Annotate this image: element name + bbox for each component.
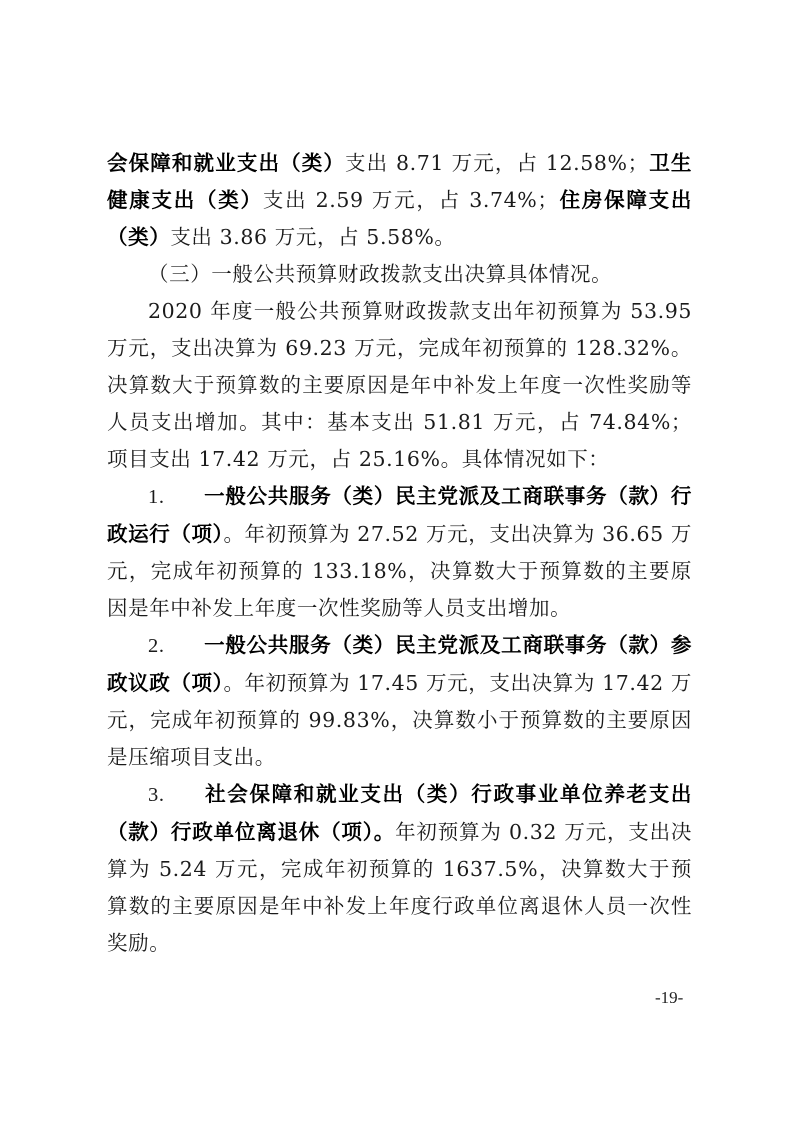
list-item-3: 3.社会保障和就业支出（类）行政事业单位养老支出（款）行政单位离退休（项）。年初… bbox=[107, 776, 692, 962]
paragraph-budget-summary: 2020 年度一般公共预算财政拨款支出年初预算为 53.95 万元，支出决算为 … bbox=[107, 293, 692, 478]
text-run: 2020 年度一般公共预算财政拨款支出年初预算为 53.95 万元，支出决算为 … bbox=[107, 299, 692, 471]
heading-text: （三）一般公共预算财政拨款支出决算具体情况。 bbox=[148, 262, 612, 286]
item-number: 3. bbox=[148, 777, 204, 814]
paragraph-expenditure-categories: 会保障和就业支出（类）支出 8.71 万元，占 12.58%；卫生健康支出（类）… bbox=[107, 145, 692, 256]
item-number: 1. bbox=[148, 479, 204, 516]
page-number: -19- bbox=[655, 988, 683, 1008]
bold-run: 会保障和就业支出（类） bbox=[107, 151, 345, 175]
document-body: 会保障和就业支出（类）支出 8.71 万元，占 12.58%；卫生健康支出（类）… bbox=[107, 145, 692, 962]
text-run: 支出 2.59 万元，占 3.74%； bbox=[263, 188, 559, 212]
document-page: 会保障和就业支出（类）支出 8.71 万元，占 12.58%；卫生健康支出（类）… bbox=[0, 0, 793, 1122]
text-run: 支出 3.86 万元，占 5.58%。 bbox=[170, 225, 455, 249]
item-number: 2. bbox=[148, 628, 204, 665]
list-item-2: 2.一般公共服务（类）民主党派及工商联事务（款）参政议政（项）。年初预算为 17… bbox=[107, 627, 692, 776]
section-heading-3: （三）一般公共预算财政拨款支出决算具体情况。 bbox=[107, 256, 692, 293]
text-run: 支出 8.71 万元，占 12.58%； bbox=[345, 151, 649, 175]
list-item-1: 1.一般公共服务（类）民主党派及工商联事务（款）行政运行（项）。年初预算为 27… bbox=[107, 478, 692, 627]
